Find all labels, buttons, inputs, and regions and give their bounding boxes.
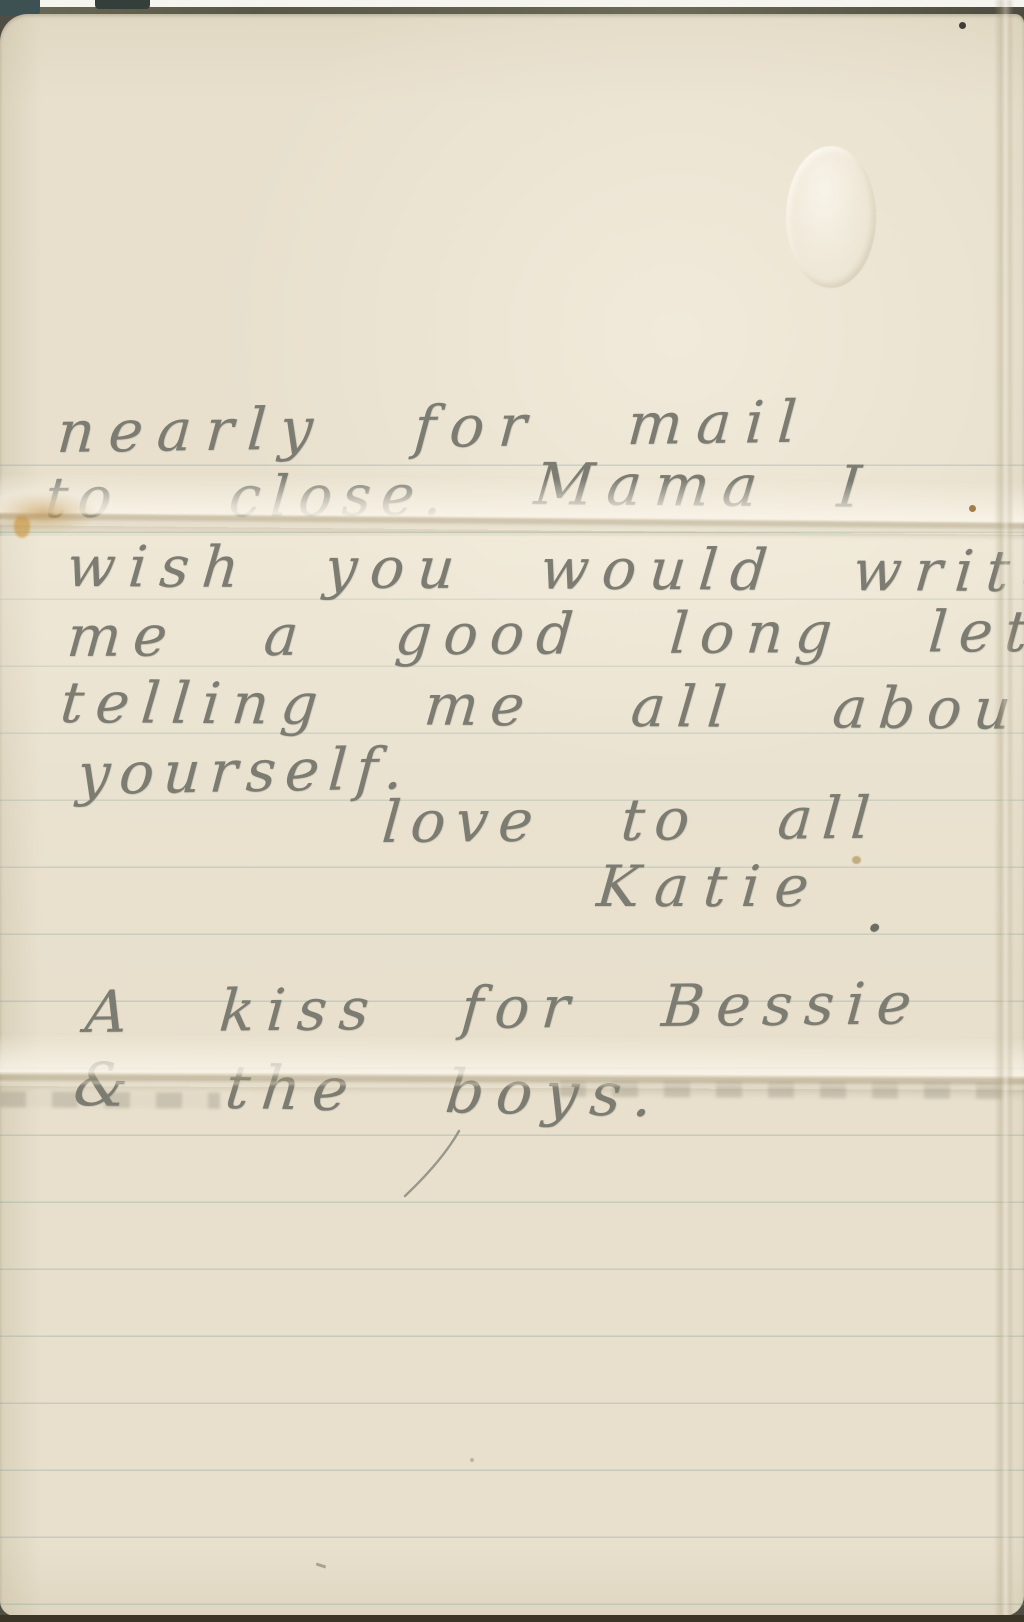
handwriting-line-4: me a good long letter bbox=[65, 598, 1024, 670]
handwriting-line-5: telling me all about bbox=[58, 670, 1024, 743]
closing-line: love to all bbox=[380, 784, 883, 856]
rust-speck bbox=[852, 856, 861, 864]
pencil-descender-stroke bbox=[402, 1128, 462, 1200]
paper-speck bbox=[470, 1458, 474, 1462]
handwriting-line-3: wish you would write bbox=[64, 534, 1024, 605]
rust-speck bbox=[969, 505, 976, 512]
fold-stain-drip bbox=[14, 516, 30, 538]
fold-crease-top bbox=[0, 473, 1024, 535]
scanner-edge-artifact bbox=[95, 0, 150, 9]
handwriting-line-6: yourself. bbox=[75, 734, 414, 808]
scanner-bottom-edge bbox=[0, 1615, 1024, 1622]
signature: Katie bbox=[594, 854, 826, 920]
vertical-crease bbox=[994, 0, 1014, 1622]
scanned-letter-page: nearly for mail to close. Mama I wish yo… bbox=[0, 0, 1024, 1622]
fold-crease-bottom bbox=[0, 1034, 1024, 1090]
embossed-seal bbox=[786, 146, 876, 288]
ink-speck bbox=[959, 22, 966, 29]
